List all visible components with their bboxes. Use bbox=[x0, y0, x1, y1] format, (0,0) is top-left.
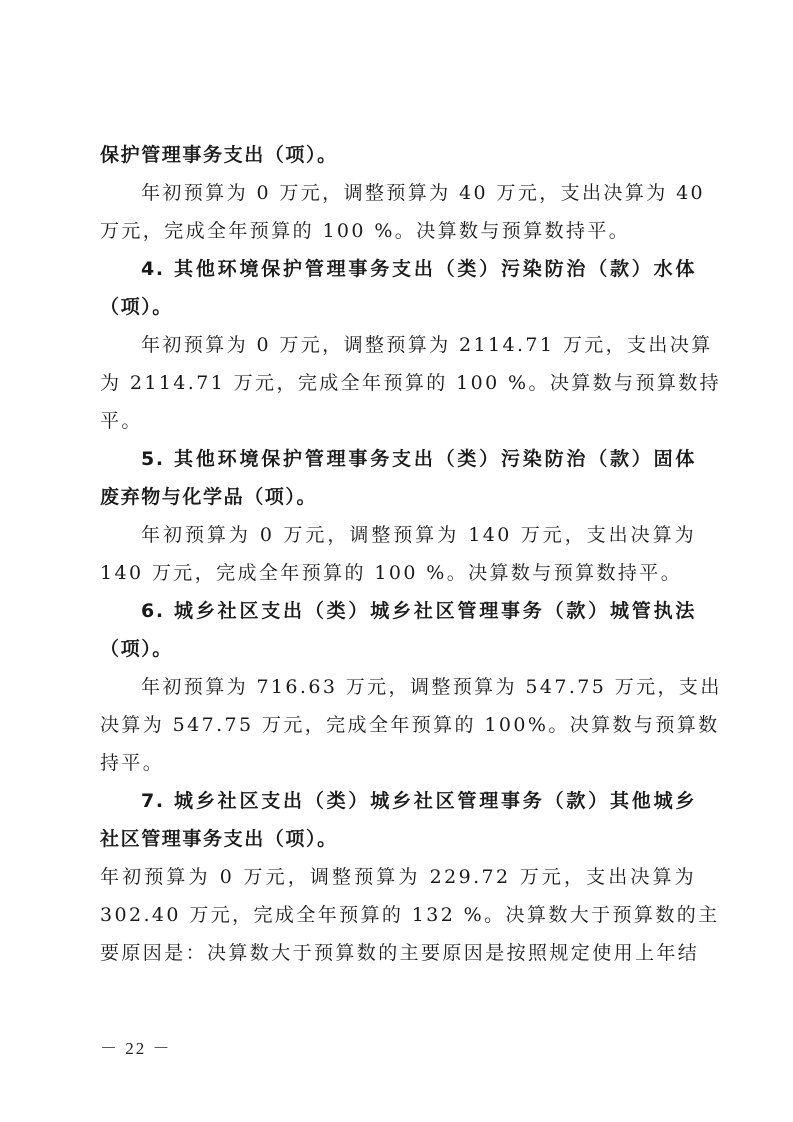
section-heading-line: 保护管理事务支出（项）。 bbox=[100, 136, 696, 174]
body-line: 平。 bbox=[100, 402, 696, 440]
body-line: 为 2114.71 万元，完成全年预算的 100 %。决算数与预算数持 bbox=[100, 364, 696, 402]
section-heading-6: 6. 城乡社区支出（类）城乡社区管理事务（款）城管执法 bbox=[100, 592, 696, 630]
body-line: 302.40 万元，完成全年预算的 132 %。决算数大于预算数的主 bbox=[100, 896, 696, 934]
body-line: 决算为 547.75 万元，完成全年预算的 100%。决算数与预算数 bbox=[100, 706, 696, 744]
section-heading-line: 社区管理事务支出（项）。 bbox=[100, 820, 696, 858]
body-line: 万元，完成全年预算的 100 %。决算数与预算数持平。 bbox=[100, 212, 696, 250]
body-line: 年初预算为 716.63 万元，调整预算为 547.75 万元，支出 bbox=[100, 668, 696, 706]
section-heading-line: 废弃物与化学品（项）。 bbox=[100, 478, 696, 516]
section-heading-7: 7. 城乡社区支出（类）城乡社区管理事务（款）其他城乡 bbox=[100, 782, 696, 820]
page-number: － 22 － bbox=[100, 1034, 172, 1059]
document-page: 保护管理事务支出（项）。 年初预算为 0 万元，调整预算为 40 万元，支出决算… bbox=[100, 136, 696, 972]
section-heading-5: 5. 其他环境保护管理事务支出（类）污染防治（款）固体 bbox=[100, 440, 696, 478]
section-heading-line: （项）。 bbox=[100, 630, 696, 668]
section-heading-line: （项）。 bbox=[100, 288, 696, 326]
section-heading-4: 4. 其他环境保护管理事务支出（类）污染防治（款）水体 bbox=[100, 250, 696, 288]
body-line: 持平。 bbox=[100, 744, 696, 782]
body-line: 年初预算为 0 万元，调整预算为 229.72 万元，支出决算为 bbox=[100, 858, 696, 896]
body-line: 年初预算为 0 万元，调整预算为 2114.71 万元，支出决算 bbox=[100, 326, 696, 364]
body-line: 要原因是：决算数大于预算数的主要原因是按照规定使用上年结 bbox=[100, 934, 696, 972]
body-line: 年初预算为 0 万元，调整预算为 140 万元，支出决算为 bbox=[100, 516, 696, 554]
body-line: 140 万元，完成全年预算的 100 %。决算数与预算数持平。 bbox=[100, 554, 696, 592]
body-line: 年初预算为 0 万元，调整预算为 40 万元，支出决算为 40 bbox=[100, 174, 696, 212]
